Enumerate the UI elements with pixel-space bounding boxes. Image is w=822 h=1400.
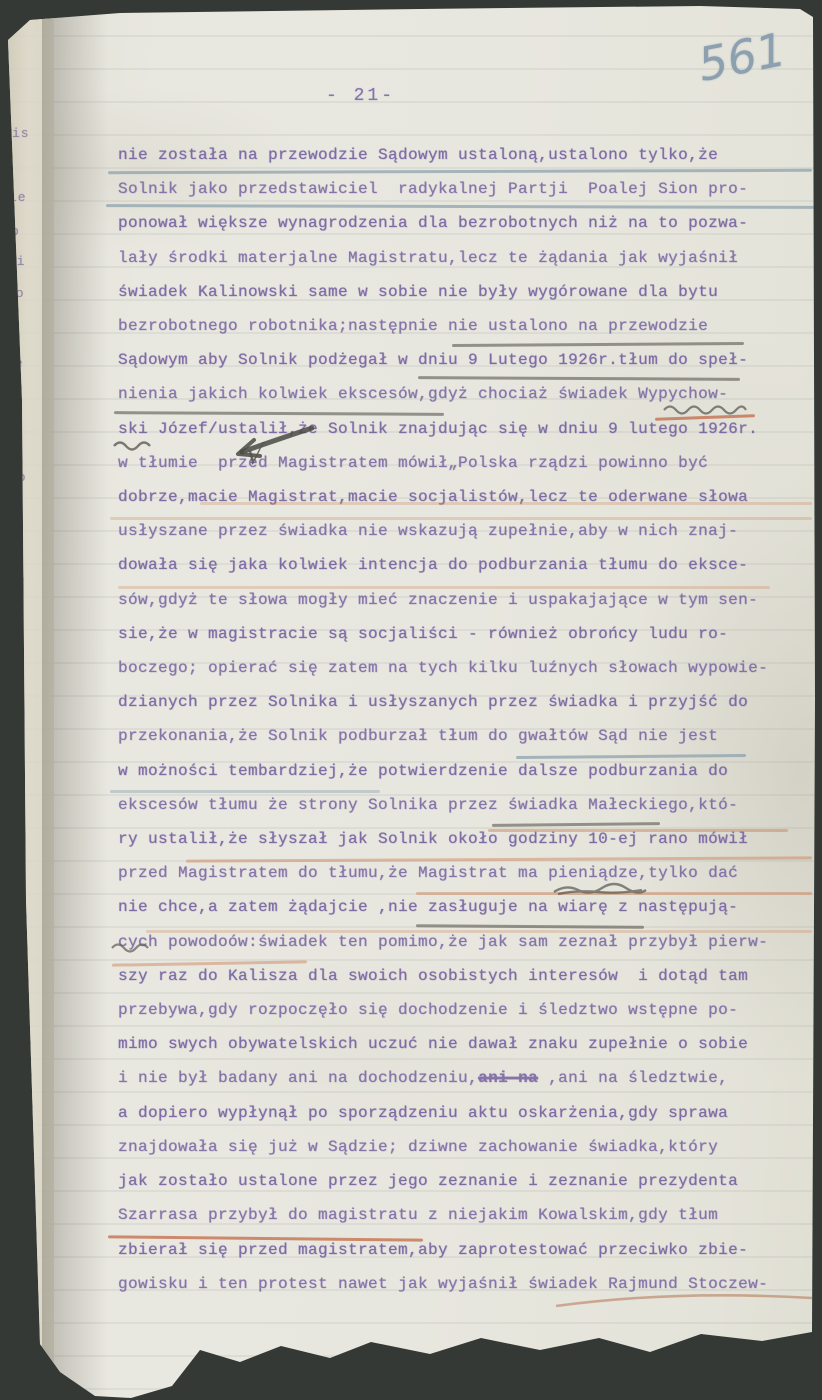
gutter-fragment: ie	[9, 190, 27, 205]
typewritten-line: Solnik jako przedstawiciel radykalnej Pa…	[118, 180, 798, 198]
typewritten-line: szy raz do Kalisza dla swoich osobistych…	[118, 967, 798, 985]
typewritten-line: znajdowała się już w Sądzie; dziwne zach…	[118, 1138, 798, 1156]
typewritten-line: ponował większe wynagrodzenia dla bezrob…	[118, 214, 798, 232]
gutter-fragment: sc	[8, 1150, 26, 1165]
underline-mark-pencil-gray	[416, 924, 644, 929]
page-number: - 21-	[326, 86, 395, 106]
gutter-fragment: s	[12, 706, 21, 721]
gutter-fragment: ie	[6, 772, 24, 787]
folio-number-handwritten: 561	[694, 22, 791, 92]
underline-mark-pencil-gray	[418, 376, 740, 381]
underline-mark-crayon-orange	[146, 930, 812, 933]
gutter-fragment: p	[8, 862, 17, 877]
typewritten-line: jak zostało ustalone przez jego zeznanie…	[118, 1172, 798, 1190]
line-segment: ,ani na śledztwie,	[538, 1069, 728, 1087]
gutter-shadow	[42, 0, 108, 1400]
underline-mark-crayon-orange	[118, 586, 770, 589]
gutter-fragment: ic	[5, 1245, 23, 1260]
gutter-fragment: ns	[5, 1185, 23, 1200]
typewritten-line: sów,gdyż te słowa mogły mieć znaczenie i…	[118, 591, 798, 609]
typewritten-line: przed Magistratem do tłumu,że Magistrat …	[118, 864, 798, 882]
typewritten-line: usłyszane przez świadka nie wskazują zup…	[118, 522, 798, 540]
typewritten-line: Sądowym aby Solnik podżegał w dniu 9 Lut…	[118, 351, 798, 369]
typewritten-line: cych powodoów:świadek ten pomimo,że jak …	[118, 933, 798, 951]
gutter-fragment: go	[7, 982, 25, 997]
typewritten-line: nie chce,a zatem żądajcie ,nie zasługuje…	[118, 898, 798, 916]
gutter-fragment: do	[6, 1050, 24, 1065]
gutter-fragment: we	[7, 1083, 25, 1098]
typewritten-line: ekscesów tłumu że strony Solnika przez ś…	[118, 796, 798, 814]
gutter-fragment: ns	[8, 742, 26, 757]
typewritten-line: nie została na przewodzie Sądowym ustalo…	[118, 146, 798, 164]
gutter-fragment: t	[10, 320, 19, 335]
typewritten-line: mimo swych obywatelskich uczuć nie dawał…	[118, 1035, 798, 1053]
gutter-fragment: wi	[8, 254, 26, 269]
gutter-fragment: e	[11, 400, 20, 415]
typewritten-line: boczego; opierać się zatem na tych kilku…	[118, 659, 798, 677]
gutter-fragment: u	[6, 1215, 15, 1230]
gutter-fragment: w	[9, 802, 18, 817]
typewritten-line: dzianych przez Solnika i usłyszanych prz…	[118, 693, 798, 711]
wavy-underline-mark	[112, 438, 158, 450]
underline-mark-crayon-orange	[488, 829, 788, 832]
underline-mark-crayon-orange	[186, 856, 812, 862]
document-page: is ie o wi lo t ne e s oo st io i o s ns…	[0, 0, 822, 1400]
gutter-fragment: o	[11, 224, 20, 239]
underline-mark-pencil-blue	[110, 790, 380, 793]
wavy-underline-mark	[662, 402, 748, 414]
typewritten-line: dowała się jaka kolwiek intencja do podb…	[118, 556, 798, 574]
underline-mark-pencil-gray	[452, 342, 744, 347]
gutter-fragment: lo	[7, 286, 25, 301]
typewritten-line: w możności tembardziej,że potwierdzenie …	[118, 762, 798, 780]
gutter-fragment: s	[12, 942, 21, 957]
gutter-fragment: ne	[6, 356, 24, 371]
underline-mark-crayon-orange	[112, 960, 307, 966]
underline-mark-pencil-gray	[492, 822, 660, 827]
struck-text: ani na	[478, 1069, 538, 1087]
underline-mark-crayon-orange	[200, 502, 812, 505]
scribble-mark	[552, 880, 648, 898]
typewritten-line: ry ustalił,że słyszał jak Solnik około g…	[118, 830, 798, 848]
gutter-fragment: i	[13, 646, 22, 661]
insertion-caret: √	[244, 437, 265, 472]
gutter-fragment: ek	[6, 918, 24, 933]
underline-mark-pencil-gray	[114, 411, 444, 416]
gutter-fragment: zb	[4, 1276, 22, 1291]
underline-mark-crayon-orange	[110, 517, 812, 520]
gutter-fragment: do	[7, 832, 25, 847]
underline-mark-pencil-blue	[516, 754, 746, 759]
gutter-fragment: is	[12, 126, 30, 141]
typewritten-line: lały środki materjalne Magistratu,lecz t…	[118, 249, 798, 267]
gutter-fragment: st	[7, 540, 25, 555]
typewritten-line: świadek Kalinowski same w sobie nie były…	[118, 283, 798, 301]
gutter-fragment: io	[8, 1014, 26, 1029]
underline-mark-pencil-blue	[106, 204, 814, 209]
typewritten-line: przekonania,że Solnik podburzał tłum do …	[118, 727, 798, 745]
gutter-fragment: r	[12, 1114, 21, 1129]
line-segment: i nie był badany ani na dochodzeniu,	[118, 1069, 478, 1087]
underline-mark-pencil-blue	[108, 169, 812, 174]
gutter-fragment: s	[13, 436, 22, 451]
typewritten-line: a dopiero wypłynął po sporządzeniu aktu …	[118, 1104, 798, 1122]
gutter-fragment: io	[8, 572, 26, 587]
scan-background: is ie o wi lo t ne e s oo st io i o s ns…	[0, 0, 822, 1400]
typewritten-line: sie,że w magistracie są socjaliści - rów…	[118, 625, 798, 643]
gutter-fragment: ni	[6, 1306, 24, 1321]
typewritten-line: i nie był badany ani na dochodzeniu,ani …	[118, 1069, 798, 1087]
gutter-fragment: o	[11, 676, 20, 691]
gutter-fragment: ,	[10, 892, 19, 907]
typewritten-line: nienia jakich kolwiek ekscesów,gdyż choc…	[118, 385, 798, 403]
typewritten-line: bezrobotnego robotnika;następnie nie ust…	[118, 317, 798, 335]
typewritten-line: przebywa,gdy rozpoczęło się dochodzenie …	[118, 1001, 798, 1019]
underline-mark-crayon-red-curve	[554, 1288, 816, 1310]
typewritten-line: Szarrasa przybył do magistratu z niejaki…	[118, 1206, 798, 1224]
wavy-underline-mark	[110, 940, 156, 952]
typewritten-line: zbierał się przed magistratem,aby zaprot…	[118, 1241, 798, 1259]
gutter-fragment: oo	[9, 470, 27, 485]
